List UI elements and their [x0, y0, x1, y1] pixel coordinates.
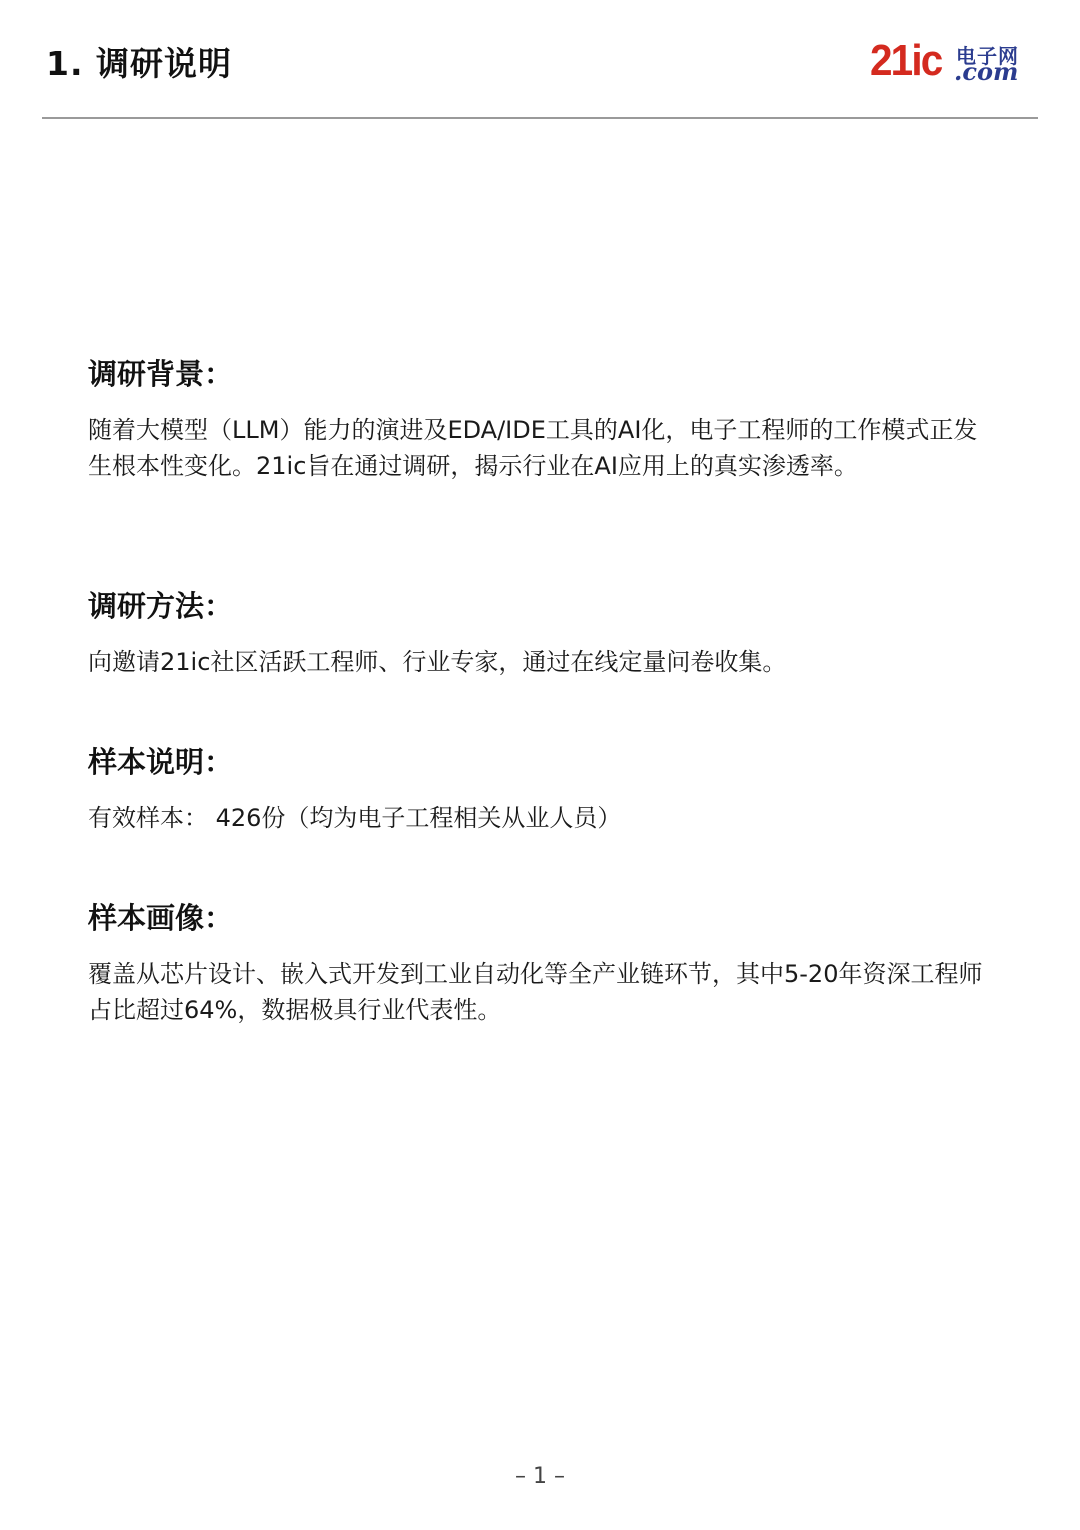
section-body: 覆盖从芯片设计、嵌入式开发到工业自动化等全产业链环节，其中5-20年资深工程师占… [88, 956, 998, 1028]
section-body: 有效样本： 426份（均为电子工程相关从业人员） [88, 800, 998, 836]
section-heading: 调研方法： [88, 586, 998, 626]
page-number: – 1 – [0, 1464, 1080, 1489]
header-divider [42, 117, 1038, 119]
page-title: 1. 调研说明 [46, 38, 232, 85]
section-body: 向邀请21ic社区活跃工程师、行业专家，通过在线定量问卷收集。 [88, 644, 998, 680]
logo-domain: .com [954, 57, 1018, 86]
section-sample: 样本说明： 有效样本： 426份（均为电子工程相关从业人员） [88, 742, 998, 836]
section-heading: 调研背景： [88, 354, 998, 394]
21ic-logo: 21ic 电子网 .com [870, 40, 1040, 84]
section-body: 随着大模型（LLM）能力的演进及EDA/IDE工具的AI化，电子工程师的工作模式… [88, 412, 998, 484]
section-heading: 样本说明： [88, 742, 998, 782]
page-header: 1. 调研说明 21ic 电子网 .com [0, 0, 1080, 120]
section-background: 调研背景： 随着大模型（LLM）能力的演进及EDA/IDE工具的AI化，电子工程… [88, 354, 998, 484]
section-heading: 样本画像： [88, 898, 998, 938]
logo-number: 21ic [870, 36, 941, 86]
section-method: 调研方法： 向邀请21ic社区活跃工程师、行业专家，通过在线定量问卷收集。 [88, 586, 998, 680]
section-profile: 样本画像： 覆盖从芯片设计、嵌入式开发到工业自动化等全产业链环节，其中5-20年… [88, 898, 998, 1028]
